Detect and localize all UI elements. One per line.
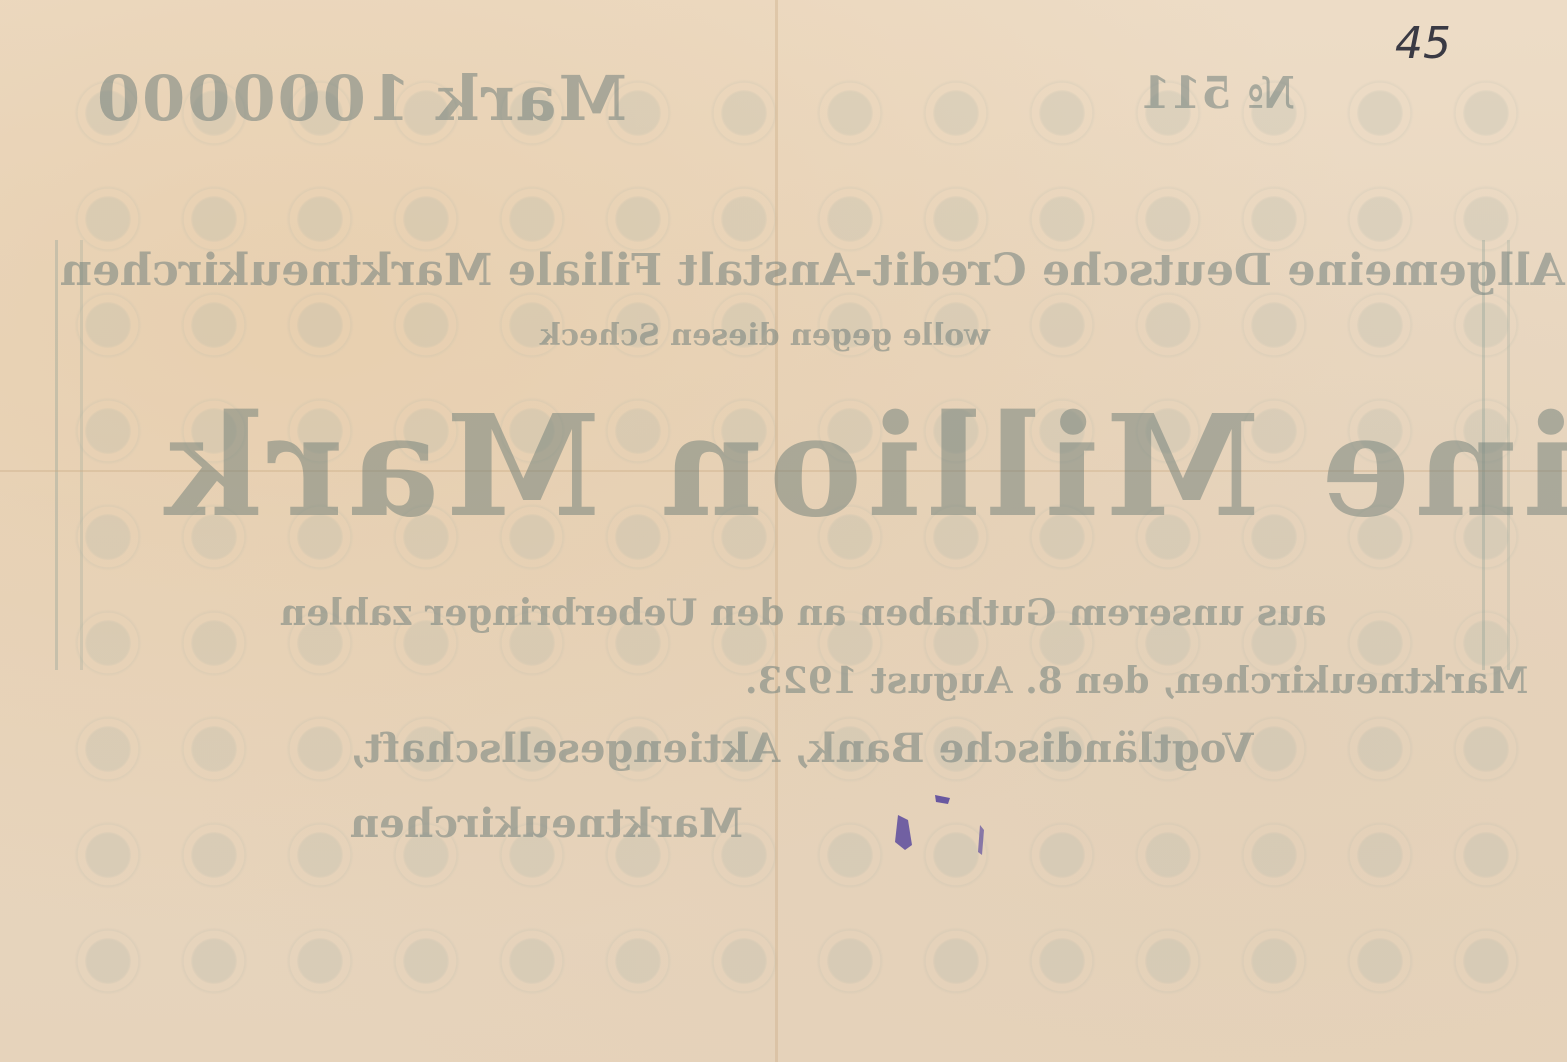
denomination: Eine Million Mark — [160, 385, 1567, 549]
banknote: Mark 1000000 № 511 45 Allgemeine Deutsch… — [0, 0, 1567, 1062]
city-line: Marktneukirchen — [350, 800, 743, 847]
place-date-line: Marktneukirchen, den 8. August 1923. — [745, 660, 1528, 702]
serial-number: № 511 — [1140, 68, 1295, 119]
left-border-strip — [55, 240, 83, 670]
pencil-mark: 45 — [1395, 18, 1451, 69]
instruction-line: wolle gegen diesen Scheck — [540, 318, 990, 353]
ink-stamp-mark — [890, 790, 990, 860]
amount-header: Mark 1000000 — [95, 62, 627, 135]
bank-line: Vogtländische Bank, Aktiengesellschaft, — [350, 725, 1254, 772]
payment-line: aus unserem Guthaben an den Ueberbringer… — [280, 592, 1327, 634]
issuer-line: Allgemeine Deutsche Credit-Anstalt Filia… — [60, 245, 1565, 296]
